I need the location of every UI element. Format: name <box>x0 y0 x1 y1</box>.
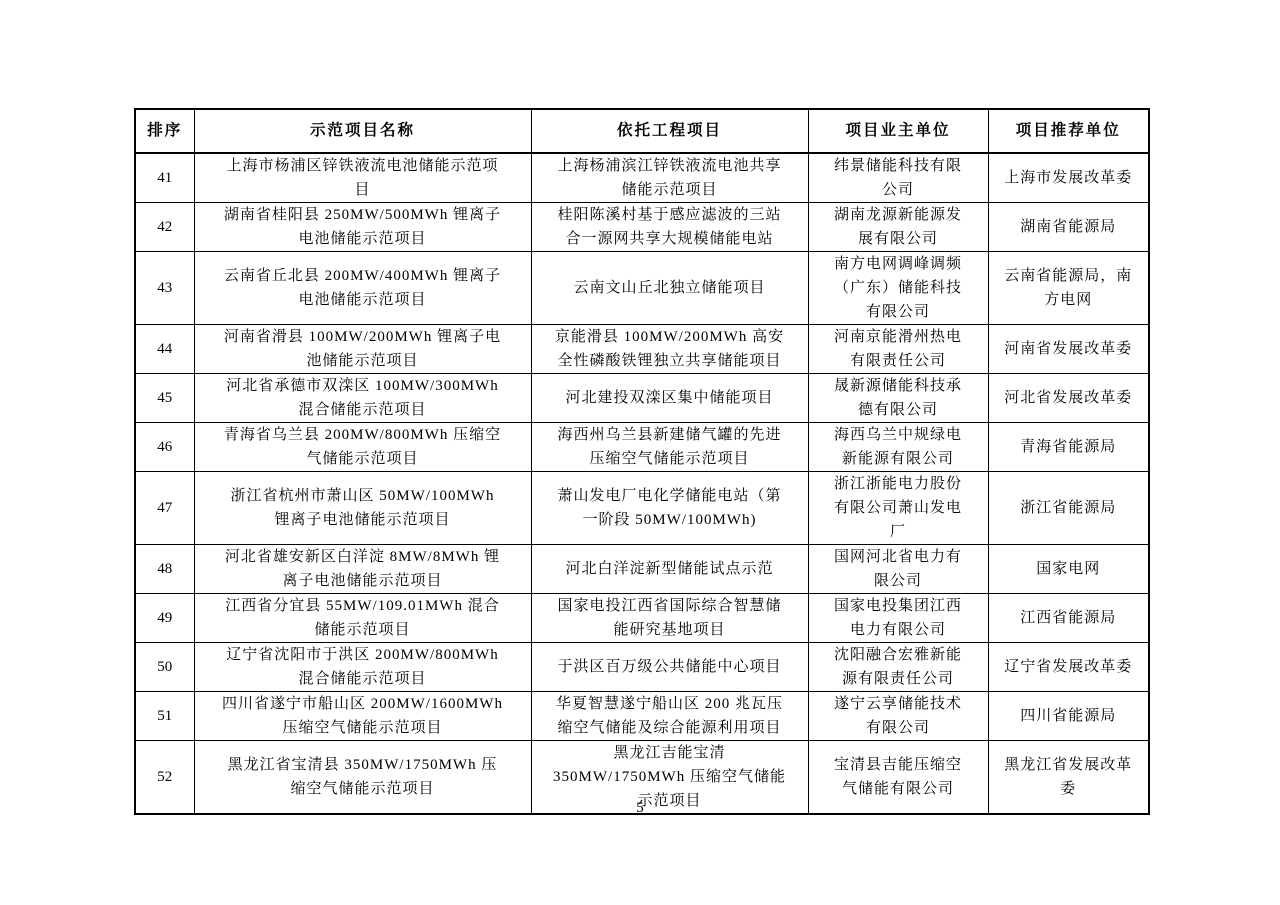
project-name-cell: 四川省遂宁市船山区 200MW/1600MWh 压缩空气储能示范项目 <box>194 692 531 741</box>
rank-cell: 49 <box>135 594 194 643</box>
supporting-project-cell: 国家电投江西省国际综合智慧储能研究基地项目 <box>531 594 808 643</box>
recommender-unit-cell: 国家电网 <box>988 545 1149 594</box>
owner-unit-cell: 浙江浙能电力股份有限公司萧山发电厂 <box>808 472 988 545</box>
supporting-project-cell: 华夏智慧遂宁船山区 200 兆瓦压缩空气储能及综合能源利用项目 <box>531 692 808 741</box>
header-cell-owner-unit: 项目业主单位 <box>808 109 988 153</box>
recommender-unit-cell: 辽宁省发展改革委 <box>988 643 1149 692</box>
rank-cell: 51 <box>135 692 194 741</box>
recommender-unit-cell: 河北省发展改革委 <box>988 374 1149 423</box>
table-row: 50辽宁省沈阳市于洪区 200MW/800MWh 混合储能示范项目于洪区百万级公… <box>135 643 1149 692</box>
page-number: 5 <box>0 796 1280 820</box>
header-cell-rank: 排序 <box>135 109 194 153</box>
table-row: 46青海省乌兰县 200MW/800MWh 压缩空气储能示范项目海西州乌兰县新建… <box>135 423 1149 472</box>
owner-unit-cell: 遂宁云享储能技术有限公司 <box>808 692 988 741</box>
project-name-cell: 湖南省桂阳县 250MW/500MWh 锂离子电池储能示范项目 <box>194 203 531 252</box>
table-row: 45河北省承德市双滦区 100MW/300MWh 混合储能示范项目河北建投双滦区… <box>135 374 1149 423</box>
supporting-project-cell: 于洪区百万级公共储能中心项目 <box>531 643 808 692</box>
rank-cell: 44 <box>135 325 194 374</box>
table-row: 43云南省丘北县 200MW/400MWh 锂离子电池储能示范项目云南文山丘北独… <box>135 252 1149 325</box>
supporting-project-cell: 萧山发电厂电化学储能电站（第一阶段 50MW/100MWh) <box>531 472 808 545</box>
header-cell-supporting-project: 依托工程项目 <box>531 109 808 153</box>
project-name-cell: 上海市杨浦区锌铁液流电池储能示范项目 <box>194 153 531 203</box>
rank-cell: 41 <box>135 153 194 203</box>
table-row: 42湖南省桂阳县 250MW/500MWh 锂离子电池储能示范项目桂阳陈溪村基于… <box>135 203 1149 252</box>
table-body: 41上海市杨浦区锌铁液流电池储能示范项目上海杨浦滨江锌铁液流电池共享储能示范项目… <box>135 153 1149 814</box>
project-name-cell: 河北省雄安新区白洋淀 8MW/8MWh 锂离子电池储能示范项目 <box>194 545 531 594</box>
document-page: 排序示范项目名称依托工程项目项目业主单位项目推荐单位 41上海市杨浦区锌铁液流电… <box>0 0 1280 905</box>
project-name-cell: 江西省分宜县 55MW/109.01MWh 混合储能示范项目 <box>194 594 531 643</box>
recommender-unit-cell: 湖南省能源局 <box>988 203 1149 252</box>
project-name-cell: 浙江省杭州市萧山区 50MW/100MWh 锂离子电池储能示范项目 <box>194 472 531 545</box>
recommender-unit-cell: 上海市发展改革委 <box>988 153 1149 203</box>
recommender-unit-cell: 云南省能源局，南方电网 <box>988 252 1149 325</box>
project-name-cell: 青海省乌兰县 200MW/800MWh 压缩空气储能示范项目 <box>194 423 531 472</box>
rank-cell: 47 <box>135 472 194 545</box>
supporting-project-cell: 上海杨浦滨江锌铁液流电池共享储能示范项目 <box>531 153 808 203</box>
table-row: 41上海市杨浦区锌铁液流电池储能示范项目上海杨浦滨江锌铁液流电池共享储能示范项目… <box>135 153 1149 203</box>
owner-unit-cell: 海西乌兰中规绿电新能源有限公司 <box>808 423 988 472</box>
table-row: 47浙江省杭州市萧山区 50MW/100MWh 锂离子电池储能示范项目萧山发电厂… <box>135 472 1149 545</box>
rank-cell: 45 <box>135 374 194 423</box>
owner-unit-cell: 南方电网调峰调频（广东）储能科技有限公司 <box>808 252 988 325</box>
owner-unit-cell: 纬景储能科技有限公司 <box>808 153 988 203</box>
rank-cell: 43 <box>135 252 194 325</box>
rank-cell: 46 <box>135 423 194 472</box>
rank-cell: 50 <box>135 643 194 692</box>
owner-unit-cell: 湖南龙源新能源发展有限公司 <box>808 203 988 252</box>
recommender-unit-cell: 四川省能源局 <box>988 692 1149 741</box>
rank-cell: 48 <box>135 545 194 594</box>
table-row: 44河南省滑县 100MW/200MWh 锂离子电池储能示范项目京能滑县 100… <box>135 325 1149 374</box>
table-row: 49江西省分宜县 55MW/109.01MWh 混合储能示范项目国家电投江西省国… <box>135 594 1149 643</box>
recommender-unit-cell: 浙江省能源局 <box>988 472 1149 545</box>
supporting-project-cell: 桂阳陈溪村基于感应滤波的三站合一源网共享大规模储能电站 <box>531 203 808 252</box>
project-name-cell: 河北省承德市双滦区 100MW/300MWh 混合储能示范项目 <box>194 374 531 423</box>
table-row: 51四川省遂宁市船山区 200MW/1600MWh 压缩空气储能示范项目华夏智慧… <box>135 692 1149 741</box>
header-cell-project-name: 示范项目名称 <box>194 109 531 153</box>
project-name-cell: 辽宁省沈阳市于洪区 200MW/800MWh 混合储能示范项目 <box>194 643 531 692</box>
projects-table: 排序示范项目名称依托工程项目项目业主单位项目推荐单位 41上海市杨浦区锌铁液流电… <box>134 108 1150 815</box>
supporting-project-cell: 海西州乌兰县新建储气罐的先进压缩空气储能示范项目 <box>531 423 808 472</box>
recommender-unit-cell: 青海省能源局 <box>988 423 1149 472</box>
header-cell-recommender-unit: 项目推荐单位 <box>988 109 1149 153</box>
owner-unit-cell: 晟新源储能科技承德有限公司 <box>808 374 988 423</box>
header-row: 排序示范项目名称依托工程项目项目业主单位项目推荐单位 <box>135 109 1149 153</box>
project-name-cell: 云南省丘北县 200MW/400MWh 锂离子电池储能示范项目 <box>194 252 531 325</box>
supporting-project-cell: 河北白洋淀新型储能试点示范 <box>531 545 808 594</box>
recommender-unit-cell: 河南省发展改革委 <box>988 325 1149 374</box>
recommender-unit-cell: 江西省能源局 <box>988 594 1149 643</box>
supporting-project-cell: 京能滑县 100MW/200MWh 高安全性磷酸铁锂独立共享储能项目 <box>531 325 808 374</box>
rank-cell: 42 <box>135 203 194 252</box>
project-name-cell: 河南省滑县 100MW/200MWh 锂离子电池储能示范项目 <box>194 325 531 374</box>
owner-unit-cell: 河南京能滑州热电有限责任公司 <box>808 325 988 374</box>
table-header: 排序示范项目名称依托工程项目项目业主单位项目推荐单位 <box>135 109 1149 153</box>
owner-unit-cell: 国家电投集团江西电力有限公司 <box>808 594 988 643</box>
supporting-project-cell: 河北建投双滦区集中储能项目 <box>531 374 808 423</box>
owner-unit-cell: 沈阳融合宏雅新能源有限责任公司 <box>808 643 988 692</box>
supporting-project-cell: 云南文山丘北独立储能项目 <box>531 252 808 325</box>
table-row: 48河北省雄安新区白洋淀 8MW/8MWh 锂离子电池储能示范项目河北白洋淀新型… <box>135 545 1149 594</box>
owner-unit-cell: 国网河北省电力有限公司 <box>808 545 988 594</box>
